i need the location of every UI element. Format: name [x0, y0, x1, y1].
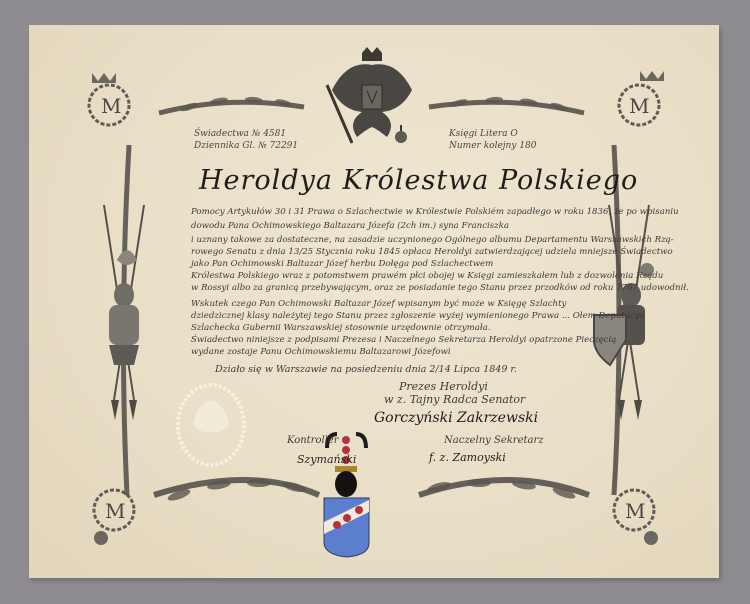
monogram-top-left-icon: M — [74, 65, 144, 135]
body-line: Świadectwo niniejsze z podpisami Prezesa… — [191, 335, 616, 345]
left-armor-trophy-icon — [89, 200, 159, 430]
sequence-number-label: Numer kolejny — [449, 141, 516, 151]
book-letter-label: Księgi Litera — [449, 129, 508, 139]
svg-text:M: M — [105, 499, 125, 523]
imperial-eagle-icon — [317, 45, 427, 150]
book-letter: Księgi Litera O — [449, 129, 518, 139]
secretary-signature: f. z. Zamoyski — [429, 451, 506, 464]
body-line: wydane zostaje Panu Ochimowskiemu Baltaz… — [191, 347, 451, 357]
body-line: dowodu Pana Ochimowskiego Baltazara Józe… — [191, 221, 509, 231]
body-line: rowego Senatu z dnia 13/25 Stycznia roku… — [191, 247, 673, 257]
coat-of-arms-icon — [319, 430, 374, 560]
certificate-number-value: 4581 — [263, 129, 286, 139]
svg-text:M: M — [629, 94, 649, 118]
president-title: Prezes Heroldyi — [399, 380, 488, 393]
body-line: Wskutek czego Pan Ochimowski Baltazar Jó… — [191, 299, 566, 309]
body-line: Królestwa Polskiego wraz z potomstwem pr… — [191, 271, 663, 281]
body-line: i uznany takowe za dostateczne, na zasad… — [191, 235, 674, 245]
body-line: jako Pan Ochimowski Baltazar Józef herbu… — [191, 259, 493, 269]
body-line: dziedzicznej klasy należytej tego Stanu … — [191, 311, 645, 321]
journal-number-label: Dziennika Gl. № — [194, 141, 267, 151]
journal-number-value: 72291 — [270, 141, 299, 151]
body-line: Szlachecka Gubernii Warszawskiej stosown… — [191, 323, 491, 333]
monogram-bottom-left-icon: M — [79, 480, 149, 550]
body-line: Pomocy Artykułów 30 i 31 Prawa o Szlache… — [191, 207, 679, 217]
monogram-top-right-icon: M — [604, 65, 674, 135]
monogram-bottom-right-icon: M — [599, 480, 669, 550]
document-title: Heroldya Królestwa Polskiego — [199, 165, 638, 196]
secretary-prefix: f. z. — [429, 451, 449, 464]
svg-text:M: M — [625, 499, 645, 523]
svg-text:M: M — [101, 94, 121, 118]
president-signature: Gorczyński Zakrzewski — [374, 410, 538, 426]
certificate-number-label: Świadectwa № — [194, 129, 260, 139]
sequence-number-value: 180 — [519, 141, 536, 151]
embossed-seal-icon — [171, 380, 251, 470]
certificate-number: Świadectwa № 4581 — [194, 129, 286, 139]
president-rank: w z. Tajny Radca Senator — [384, 393, 525, 406]
book-letter-value: O — [510, 129, 517, 139]
sequence-number: Numer kolejny 180 — [449, 141, 537, 151]
date-line: Działo się w Warszawie na posiedzeniu dn… — [215, 365, 517, 375]
controller-title: Kontroller — [287, 435, 339, 446]
body-line: w Rossyi albo za granicą przebywającym, … — [191, 283, 689, 293]
secretary-title: Naczelny Sekretarz — [444, 435, 544, 446]
secretary-name: Zamoyski — [452, 451, 505, 464]
controller-signature: Szymański — [297, 453, 356, 466]
journal-number: Dziennika Gl. № 72291 — [194, 141, 298, 151]
certificate-paper: M M M M — [29, 25, 719, 578]
